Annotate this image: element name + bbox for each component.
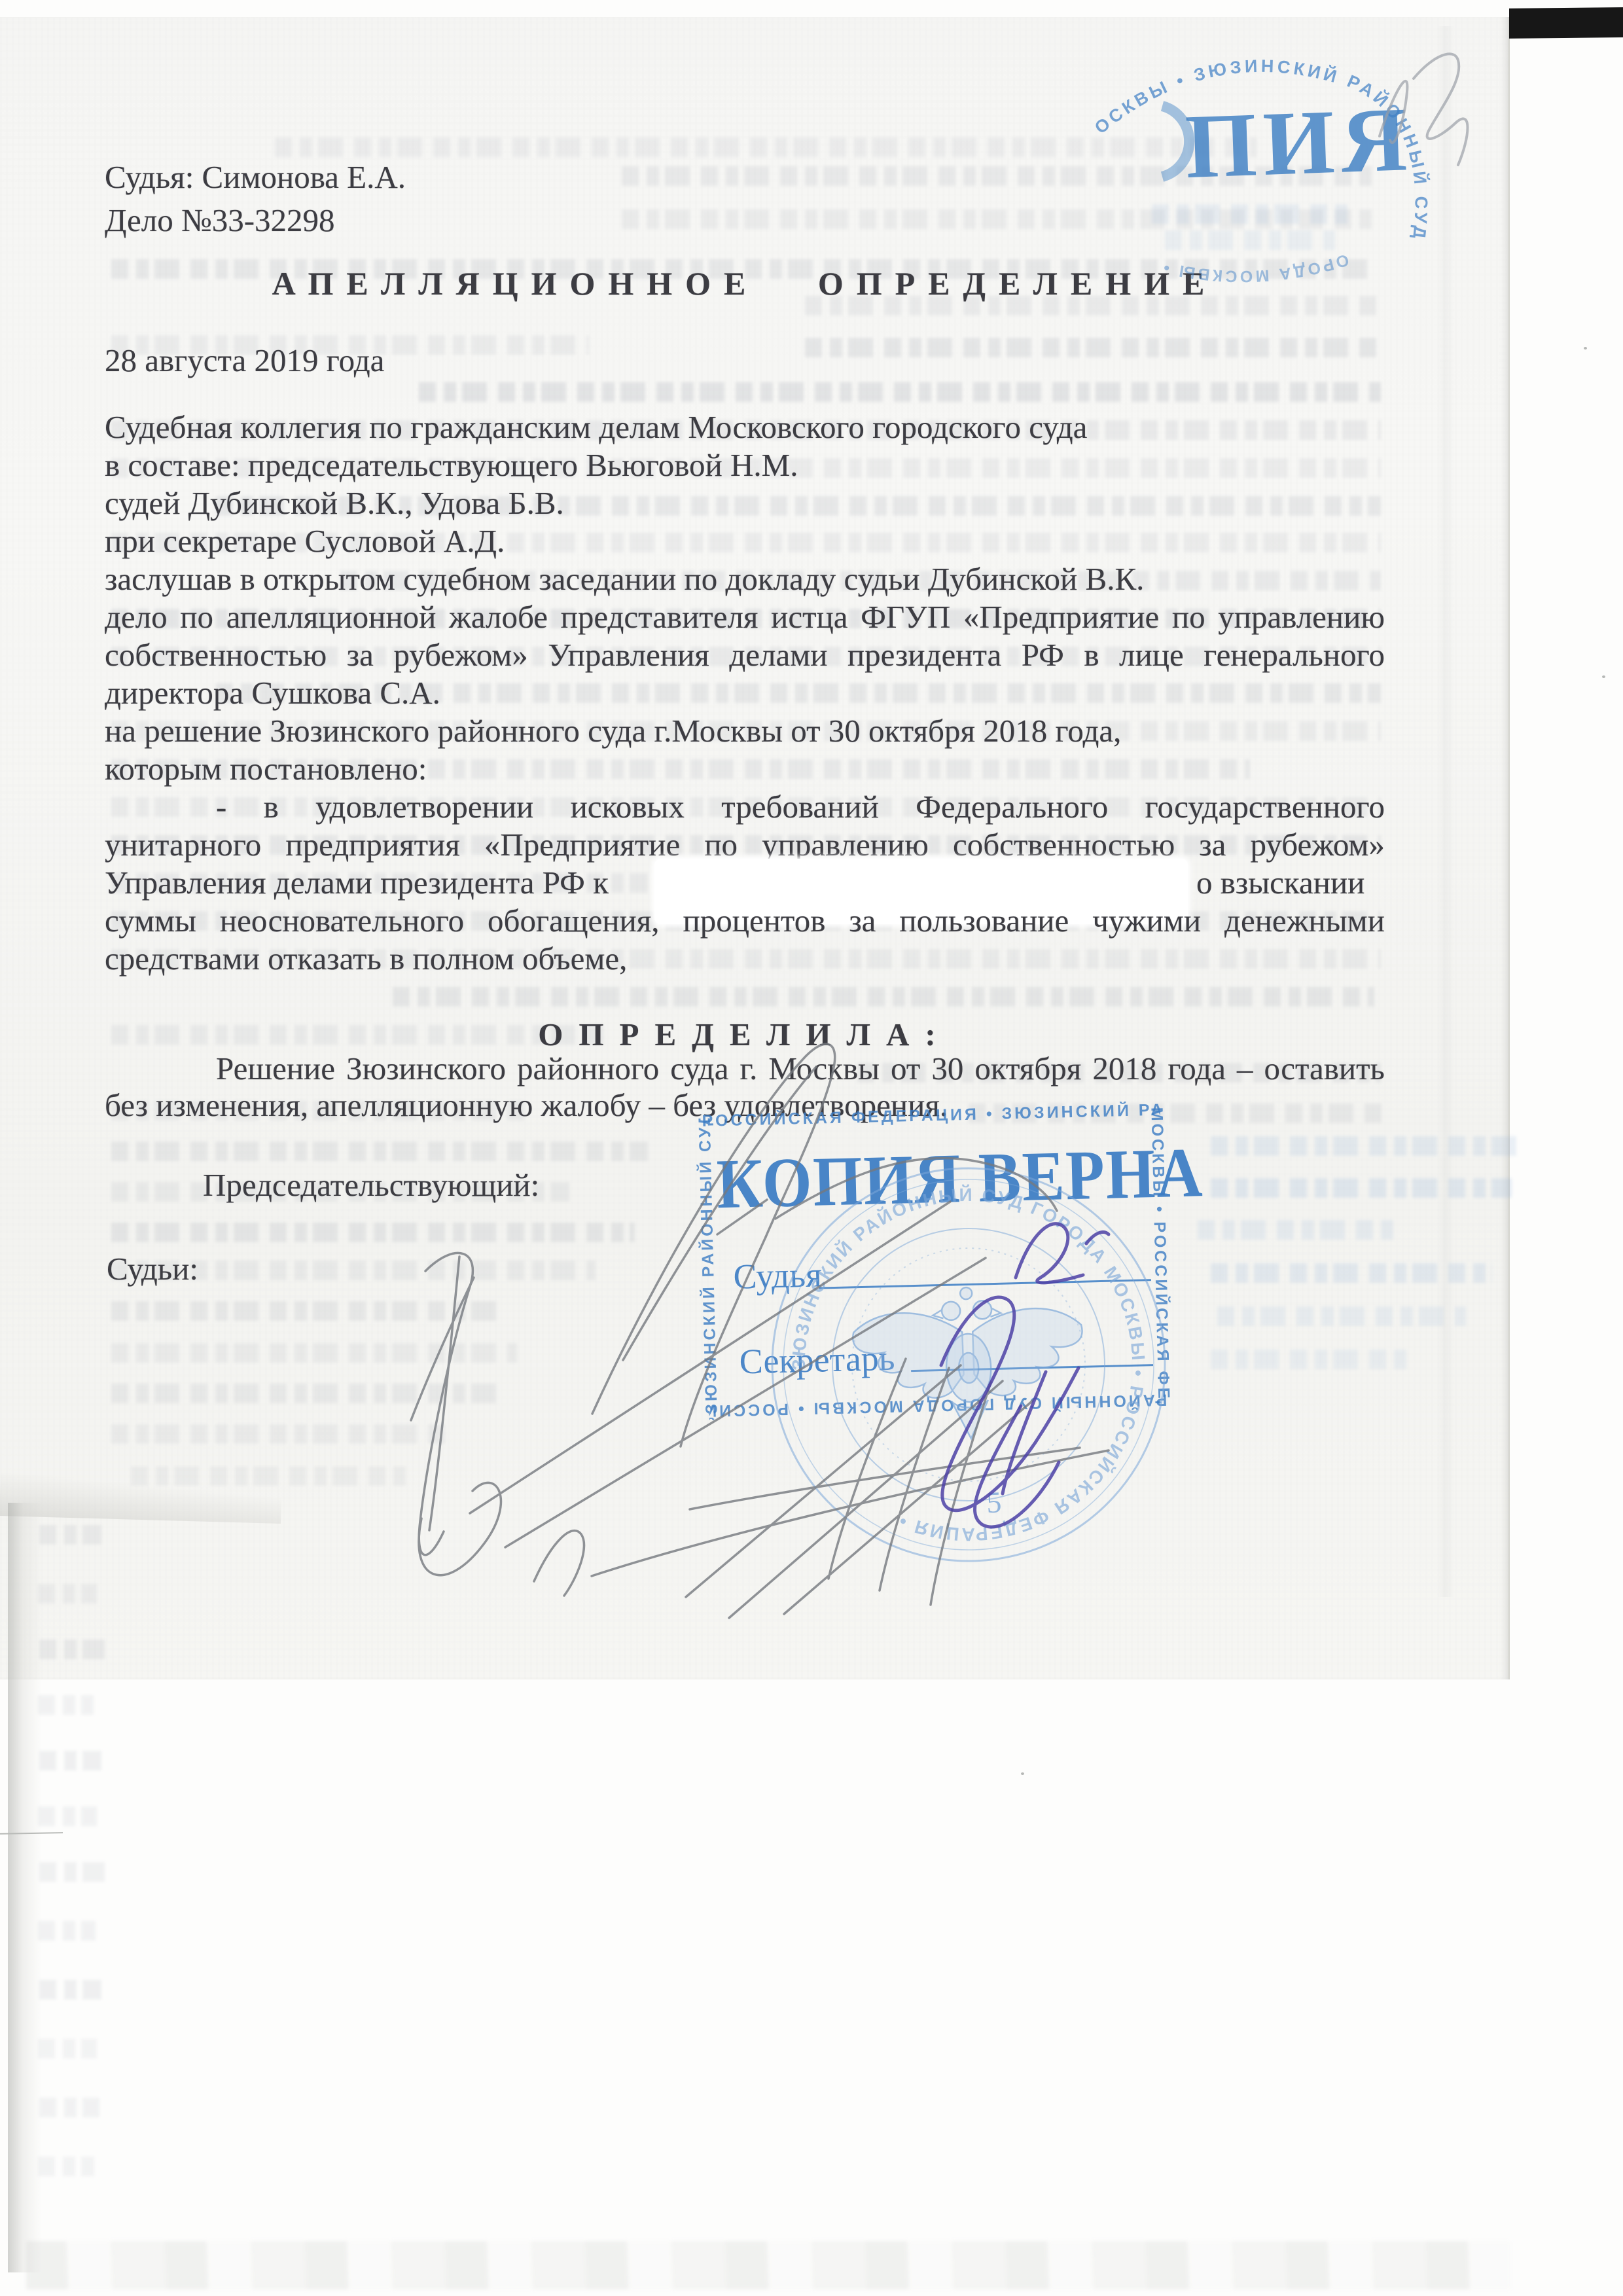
ruling-heading: ОПРЕДЕЛИЛА: xyxy=(105,1018,1385,1050)
operative-line: средствами отказать в полном объеме, xyxy=(105,942,627,975)
body-line: которым постановлено: xyxy=(105,753,427,785)
bleedthrough-row xyxy=(38,1806,97,1826)
presiding-label: Председательствующий: xyxy=(203,1169,539,1201)
operative-line: -вудовлетворенииисковыхтребованийФедерал… xyxy=(105,791,1385,823)
body-line: в составе: председательствующего Вьюгово… xyxy=(105,449,798,481)
body-line: директора Сушкова С.А. xyxy=(105,677,440,709)
judge-line: Судья: Симонова Е.А. xyxy=(105,161,406,193)
dust-speck xyxy=(1021,1772,1024,1775)
bleedthrough-row xyxy=(39,2098,99,2117)
judges-label: Судьи: xyxy=(107,1253,198,1285)
dust-speck xyxy=(1584,347,1587,350)
stamp-secretary-line xyxy=(911,1364,1153,1372)
bleedthrough-row xyxy=(38,1921,96,1941)
underlying-sheet-edge xyxy=(8,1503,42,2272)
stamp-secretary-label: Секретарь xyxy=(739,1338,895,1382)
case-number-line: Дело №33-32298 xyxy=(105,204,335,236)
body-line: делопоапелляционнойжалобепредставителяис… xyxy=(105,601,1385,633)
stamp-judge-label: Судья xyxy=(733,1254,823,1297)
operative-line: суммынеосновательногообогащения,проценто… xyxy=(105,905,1385,937)
document-title: АПЕЛЛЯЦИОННОЕ ОПРЕДЕЛЕНИЕ xyxy=(105,267,1385,300)
body-line: при секретаре Сусловой А.Д. xyxy=(105,525,505,557)
bleedthrough-row xyxy=(38,2039,97,2058)
dust-speck xyxy=(1602,675,1605,678)
bleedthrough-row xyxy=(39,1751,101,1770)
scan-corner-bar xyxy=(1509,7,1623,39)
bleedthrough-row xyxy=(39,1980,101,2000)
body-line: судей Дубинской В.К., Удова Б.В. xyxy=(105,487,564,519)
bleedthrough-row xyxy=(38,1695,94,1715)
operative-line: унитарногопредприятия«Предприятиепоуправ… xyxy=(105,829,1385,861)
certification-stamp: РОССИЙСКАЯ ФЕДЕРАЦИЯ • ЗЮЗИНСКИЙ РАЙОННЫ… xyxy=(696,1100,1184,1420)
operative-line-left: Управления делами президента РФ к xyxy=(105,867,609,899)
bleedthrough-row xyxy=(39,1862,105,1882)
body-line: Судебная коллегия по гражданским делам М… xyxy=(105,411,1087,443)
stamp-heading: КОПИЯ ВЕРНА xyxy=(716,1132,1205,1225)
body-line: заслушав в открытом судебном заседании п… xyxy=(105,563,1144,595)
bleedthrough-row xyxy=(38,2157,94,2176)
body-line: собственностьюзарубежом»Управленияделами… xyxy=(105,639,1385,671)
date-line: 28 августа 2019 года xyxy=(105,344,384,376)
fold-shadow xyxy=(1437,26,1454,1597)
page-bottom-corner-shadow xyxy=(0,1470,282,1524)
stamp-judge-line xyxy=(819,1279,1151,1289)
scanner-noise-band xyxy=(26,2241,1510,2289)
ruling-line: РешениеЗюзинскогорайонногосудаг.Москвыот… xyxy=(105,1052,1385,1085)
body-line: на решение Зюзинского районного суда г.М… xyxy=(105,715,1121,747)
operative-line-right: о взыскании xyxy=(1196,867,1364,899)
